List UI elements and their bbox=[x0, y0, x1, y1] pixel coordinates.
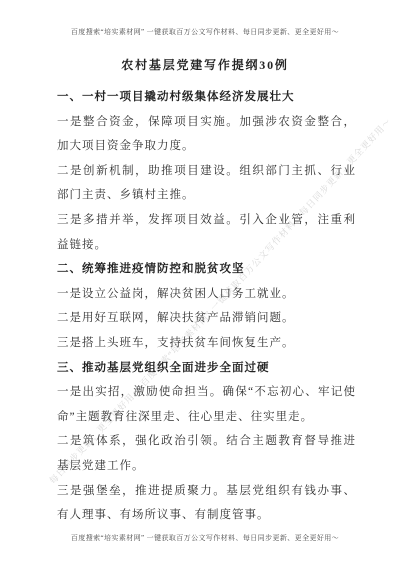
document-page: 每日同步更新、更全更好用～ 百度搜索“培实素材网” 一键获取百万公文写作材料、每… bbox=[0, 0, 410, 580]
doc-paragraph: 三是强堡垒，推进提质聚力。基层党组织有钱办事、有人理事、有场所议事、有制度管事。 bbox=[57, 479, 356, 528]
doc-paragraph: 二是筑体系，强化政治引领。结合主题教育督导推进基层党建工作。 bbox=[57, 429, 356, 478]
page-footer-promo: 百度搜索“培实素材网” 一键获取百万公文写作材料、每日同步更新、更全更好用～ bbox=[0, 533, 410, 543]
doc-paragraph: 一是整合资金，保障项目实施。加强涉农资金整合，加大项目资金争取力度。 bbox=[57, 110, 356, 159]
doc-paragraph: 二是创新机制，助推项目建设。组织部门主抓、行业部门主责、乡镇村主推。 bbox=[57, 159, 356, 208]
document-body: 一、一村一项目撬动村级集体经济发展壮大一是整合资金，保障项目实施。加强涉农资金整… bbox=[57, 85, 356, 528]
doc-paragraph: 一是设立公益岗，解决贫困人口务工就业。 bbox=[57, 282, 356, 307]
doc-paragraph: 一是出实招，激励使命担当。确保“不忘初心、牢记使命”主题教育往深里走、往心里走、… bbox=[57, 380, 356, 429]
page-header-promo: 百度搜索“培实素材网” 一键获取百万公文写作材料、每日同步更新、更全更好用～ bbox=[0, 27, 410, 37]
doc-paragraph: 三是多措并举，发挥项目效益。引入企业管，注重利益链接。 bbox=[57, 208, 356, 257]
doc-paragraph: 三是搭上头班车，支持扶贫车间恢复生产。 bbox=[57, 331, 356, 356]
document-title: 农村基层党建写作提纲30例 bbox=[0, 56, 410, 73]
section-heading: 一、一村一项目撬动村级集体经济发展壮大 bbox=[57, 85, 356, 110]
section-heading: 二、统筹推进疫情防控和脱贫攻坚 bbox=[57, 257, 356, 282]
section-heading: 三、推动基层党组织全面进步全面过硬 bbox=[57, 356, 356, 381]
doc-paragraph: 二是用好互联网，解决扶贫产品滞销问题。 bbox=[57, 306, 356, 331]
